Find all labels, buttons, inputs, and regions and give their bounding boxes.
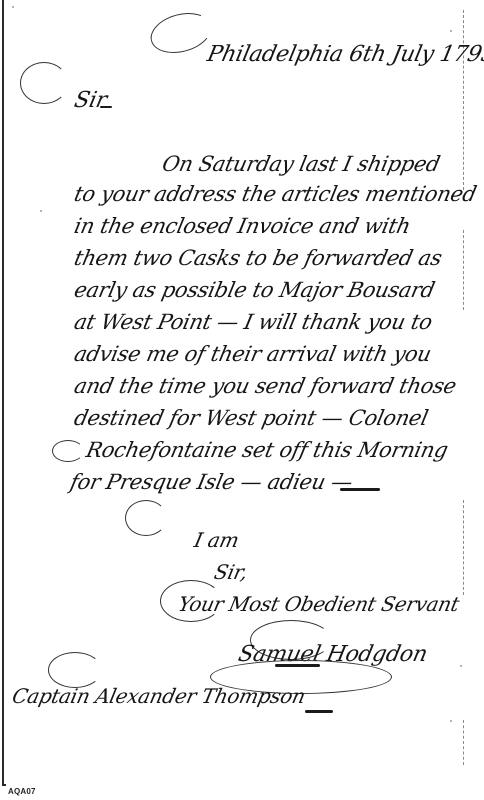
closing-servant: Your Most Obedient Servant bbox=[176, 592, 461, 616]
right-margin-line bbox=[463, 230, 464, 310]
addressee-dash bbox=[305, 710, 333, 713]
right-margin-line bbox=[463, 10, 464, 190]
closing-i-am: I am bbox=[192, 528, 241, 552]
scan-speck bbox=[460, 665, 462, 667]
letter-line: destined for West point — Colonel bbox=[72, 406, 430, 430]
letter-line: advise me of their arrival with you bbox=[72, 342, 433, 366]
adieu-dash bbox=[340, 488, 380, 491]
letter-line: at West Point — I will thank you to bbox=[72, 310, 434, 334]
scan-speck bbox=[450, 30, 452, 32]
scan-speck bbox=[450, 720, 452, 722]
page-left-border bbox=[2, 0, 4, 786]
scan-speck bbox=[12, 6, 14, 8]
addressee-flourish bbox=[48, 652, 102, 688]
right-margin-line bbox=[463, 500, 464, 595]
salutation-flourish bbox=[20, 62, 68, 104]
document-id-label: AQA07 bbox=[8, 787, 36, 796]
addressee: Captain Alexander Thompson bbox=[10, 684, 307, 708]
letter-line: Rochefontaine set off this Morning bbox=[84, 438, 450, 462]
line-flourish bbox=[52, 440, 84, 462]
closing-sir: Sir, bbox=[212, 560, 250, 584]
dateline-flourish bbox=[146, 7, 216, 60]
closing-flourish bbox=[125, 500, 167, 536]
letter-line: in the enclosed Invoice and with bbox=[72, 214, 413, 238]
letter-line: them two Casks to be forwarded as bbox=[72, 246, 444, 270]
salutation: Sir bbox=[72, 88, 109, 113]
right-margin-line bbox=[463, 720, 464, 765]
letter-line: early as possible to Major Bousard bbox=[72, 278, 437, 302]
letter-line: and the time you send forward those bbox=[72, 374, 458, 398]
signature-stroke bbox=[275, 664, 320, 667]
scanned-letter-page: Philadelphia 6th July 1795 Sir On Saturd… bbox=[0, 0, 484, 800]
scan-speck bbox=[40, 210, 42, 212]
letter-line: On Saturday last I shipped bbox=[160, 152, 442, 176]
letter-line: for Presque Isle — adieu — bbox=[68, 470, 355, 494]
salutation-dash bbox=[100, 106, 112, 108]
dateline: Philadelphia 6th July 1795 bbox=[205, 42, 484, 67]
page-left-border-foot bbox=[2, 784, 6, 786]
letter-line: to your address the articles mentioned bbox=[72, 182, 479, 206]
